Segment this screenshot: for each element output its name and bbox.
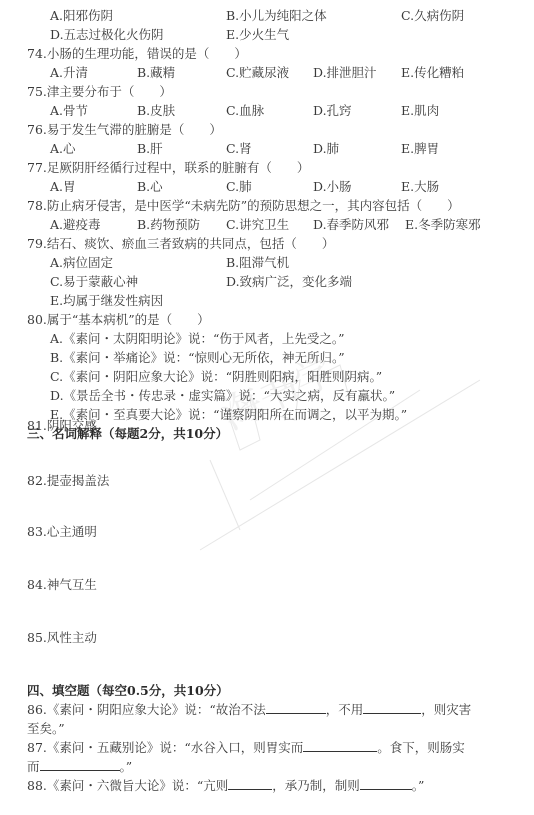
q86-line2: 至矣。” — [27, 719, 65, 738]
q80-option-b: B.《素问・举痛论》说：“惊则心无所依，神无所归。” — [50, 348, 345, 367]
q74-option-d: D.排泄胆汁 — [313, 63, 377, 82]
q78-stem: 78.防止病牙侵害，是中医学“未病先防”的预防思想之一，其内容包括（ ） — [27, 196, 460, 215]
q75-option-b: B.皮肤 — [137, 101, 175, 120]
q79-options-row3: E.均属于继发性病因 — [0, 291, 534, 310]
q86-blank-2[interactable] — [363, 700, 421, 714]
q75-options: A.骨节 B.皮肤 C.血脉 D.孔窍 E.肌肉 — [0, 101, 534, 120]
q78-option-e: E.冬季防寒邪 — [405, 215, 481, 234]
q76-options: A.心 B.肝 C.肾 D.肺 E.脾胃 — [0, 139, 534, 158]
q77-options: A.胃 B.心 C.肺 D.小肠 E.大肠 — [0, 177, 534, 196]
q74-options: A.升清 B.藏精 C.贮藏尿液 D.排泄胆汁 E.传化糟粕 — [0, 63, 534, 82]
q79-option-d: D.致病广泛，变化多端 — [226, 272, 352, 291]
q78-option-d: D.春季防风邪 — [313, 215, 389, 234]
q79-option-a: A.病位固定 — [50, 253, 113, 272]
q74-option-a: A.升清 — [50, 63, 88, 82]
q74-stem: 74.小肠的生理功能，错误的是（ ） — [27, 44, 247, 63]
q79-options-row2: C.易于蒙蔽心神 D.致病广泛，变化多端 — [0, 272, 534, 291]
q77-option-a: A.胃 — [50, 177, 76, 196]
q79-option-e: E.均属于继发性病因 — [50, 291, 163, 310]
q73-option-c: C.久病伤阴 — [401, 6, 464, 25]
term-84: 84.神气互生 — [27, 575, 97, 594]
q88-line: 88.《素问・六微旨大论》说：“亢则，承乃制，制则。” — [27, 776, 424, 795]
term-81: 81.阴阳交感 — [27, 416, 97, 435]
q77-stem: 77.足厥阴肝经循行过程中，联系的脏腑有（ ） — [27, 158, 309, 177]
q78-options: A.避疫毒 B.药物预防 C.讲究卫生 D.春季防风邪 E.冬季防寒邪 — [0, 215, 534, 234]
q73-option-a: A.阳邪伤阴 — [50, 6, 113, 25]
q73-options-row1: A.阳邪伤阴 B.小儿为纯阳之体 C.久病伤阴 — [0, 6, 534, 25]
q77-option-e: E.大肠 — [401, 177, 439, 196]
q73-options-row2: D.五志过极化火伤阴 E.少火生气 — [0, 25, 534, 44]
q77-option-c: C.肺 — [226, 177, 252, 196]
q74-option-b: B.藏精 — [137, 63, 175, 82]
term-83: 83.心主通明 — [27, 522, 97, 541]
q79-stem: 79.结石、痰饮、瘀血三者致病的共同点，包括（ ） — [27, 234, 334, 253]
q86-blank-1[interactable] — [266, 700, 326, 714]
q77-option-b: B.心 — [137, 177, 163, 196]
q79-option-c: C.易于蒙蔽心神 — [50, 272, 138, 291]
q75-option-a: A.骨节 — [50, 101, 88, 120]
q76-stem: 76.易于发生气滞的脏腑是（ ） — [27, 120, 222, 139]
q87-blank-2[interactable] — [40, 757, 120, 771]
q75-stem: 75.津主要分布于（ ） — [27, 82, 172, 101]
q74-option-c: C.贮藏尿液 — [226, 63, 289, 82]
q87-line1: 87.《素问・五藏别论》说：“水谷入口，则胃实而。食下，则肠实 — [27, 738, 465, 757]
q75-option-d: D.孔窍 — [313, 101, 352, 120]
q79-options-row1: A.病位固定 B.阻滞气机 — [0, 253, 534, 272]
q88-blank-1[interactable] — [228, 776, 272, 790]
q77-option-d: D.小肠 — [313, 177, 352, 196]
q75-option-c: C.血脉 — [226, 101, 264, 120]
q78-option-c: C.讲究卫生 — [226, 215, 289, 234]
q80-stem: 80.属于“基本病机”的是（ ） — [27, 310, 210, 329]
term-82: 82.提壶揭盖法 — [27, 471, 109, 490]
q80-option-c: C.《素问・阴阳应象大论》说：“阴胜则阳病，阳胜则阴病。” — [50, 367, 382, 386]
q76-option-c: C.肾 — [226, 139, 252, 158]
q88-blank-2[interactable] — [360, 776, 412, 790]
q74-option-e: E.传化糟粕 — [401, 63, 464, 82]
q76-option-a: A.心 — [50, 139, 76, 158]
q73-option-e: E.少火生气 — [226, 25, 289, 44]
term-85: 85.风性主动 — [27, 628, 97, 647]
q76-option-e: E.脾胃 — [401, 139, 439, 158]
q73-option-d: D.五志过极化火伤阴 — [50, 25, 164, 44]
q80-option-a: A.《素问・太阴阳明论》说：“伤于风者，上先受之。” — [50, 329, 345, 348]
q79-option-b: B.阻滞气机 — [226, 253, 289, 272]
q86-line1: 86.《素问・阴阳应象大论》说：“故治不法，不用，则灾害 — [27, 700, 471, 719]
section4-title: 四、填空题（每空0.5分，共10分） — [27, 681, 229, 700]
q73-option-b: B.小儿为纯阳之体 — [226, 6, 327, 25]
q78-option-a: A.避疫毒 — [50, 215, 101, 234]
q78-option-b: B.药物预防 — [137, 215, 200, 234]
q87-blank-1[interactable] — [303, 738, 377, 752]
q87-line2: 而。” — [27, 757, 132, 776]
q76-option-d: D.肺 — [313, 139, 339, 158]
q76-option-b: B.肝 — [137, 139, 163, 158]
q75-option-e: E.肌肉 — [401, 101, 439, 120]
